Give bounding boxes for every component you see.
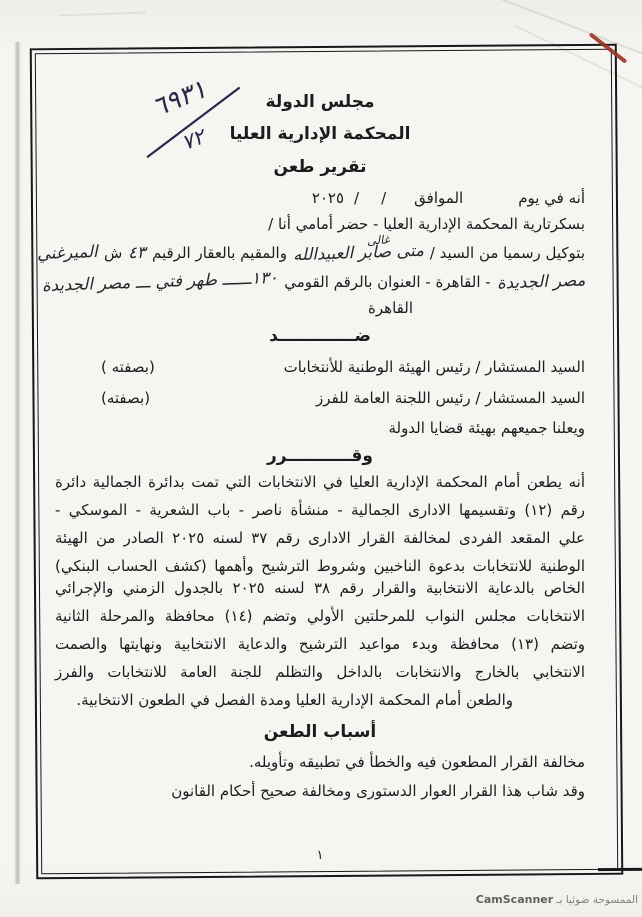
- decision-line: الوطنية للانتخابات بدعوة الناخبين وشروط …: [55, 556, 585, 576]
- resides-label: والمقيم بالعقار الرقيم: [152, 243, 287, 263]
- versus-heading: ضـــــــــــــد: [55, 326, 585, 346]
- scanner-watermark: الممسوحة ضوئيا بـ CamScanner: [476, 893, 638, 906]
- decision-line: وتضم (١٣) محافظة وبدء مواعيد الترشيح وال…: [55, 634, 585, 654]
- document-body: مجلس الدولة المحكمة الإدارية العليا تقري…: [55, 0, 585, 917]
- respondent-row: السيد المستشار / رئيس الهيئة الوطنية للأ…: [55, 357, 585, 377]
- date-line: أنه في يوم الموافق / / ٢٠٢٥: [55, 188, 585, 208]
- city-line: القاهرة: [368, 298, 413, 318]
- address-printed-label: - القاهرة - العنوان بالرقم القومي: [284, 272, 490, 292]
- reason-line: وقد شاب هذا القرار العوار الدستورى ومخال…: [55, 781, 585, 801]
- address-tail-handwritten: ١٣٠ــــــ طهر فتي ـــ مصر الجديدة: [42, 268, 278, 296]
- decision-line: الانتخابات مجلس النواب للمرحلتين الأولي …: [55, 606, 585, 626]
- service-line: ويعلنا جميعهم بهيئة قضايا الدولة: [55, 418, 585, 438]
- decision-line: الخاص بالدعاية الانتخابية والقرار رقم ٣٨…: [55, 578, 585, 598]
- page-number: ١: [55, 846, 585, 866]
- district-handwritten: مصر الجديدة: [496, 270, 585, 293]
- scanner-watermark-text: الممسوحة ضوئيا بـ: [557, 894, 638, 906]
- respondent-row: السيد المستشار / رئيس اللجنة العامة للفر…: [55, 388, 585, 408]
- decision-line: أنه يطعن أمام المحكمة الإدارية العليا في…: [55, 472, 585, 492]
- appellant-name-handwritten: متى صابر العبيدالله غالى: [293, 243, 424, 263]
- street-name-handwritten: الميرغني: [37, 242, 98, 264]
- decision-line: الانتخابي بالخارج والانتخابات بالداخل وا…: [55, 662, 585, 682]
- document-title: تقرير طعن: [55, 157, 585, 177]
- border-line-extension: [598, 868, 642, 871]
- date-slash: /: [381, 188, 386, 208]
- council-title: مجلس الدولة: [55, 92, 585, 112]
- scanned-appeal-document: ٦٩٣١ ٧٢ مجلس الدولة المحكمة الإدارية الع…: [0, 0, 642, 917]
- respondent-capacity: (بصفته): [101, 388, 150, 408]
- appellant-name-text: متى صابر العبيدالله: [293, 241, 425, 266]
- secretary-line: بسكرتارية المحكمة الإدارية العليا - حضر …: [55, 214, 585, 234]
- decision-line: علي المقعد الفردى لمخالفة القرار الادارى…: [55, 528, 585, 548]
- respondent-name: السيد المستشار / رئيس اللجنة العامة للفر…: [316, 388, 585, 408]
- poa-line: بتوكيل رسميا من السيد / متى صابر العبيدا…: [55, 243, 585, 263]
- scan-edge-shadow: [14, 42, 21, 884]
- decision-closing-line: والطعن أمام المحكمة الإدارية العليا ومدة…: [55, 690, 585, 710]
- court-title: المحكمة الإدارية العليا: [55, 124, 585, 144]
- reasons-heading: أسباب الطعن: [55, 722, 585, 742]
- date-slash: /: [354, 188, 359, 208]
- building-number-handwritten: ٤٣: [128, 243, 146, 264]
- respondent-name: السيد المستشار / رئيس الهيئة الوطنية للأ…: [284, 357, 585, 377]
- decision-heading: وقـــــــــــرر: [55, 446, 585, 466]
- address-line: مصر الجديدة - القاهرة - العنوان بالرقم ا…: [55, 272, 585, 292]
- reason-line: مخالفة القرار المطعون فيه والخطأ في تطبي…: [55, 752, 585, 772]
- appellant-name-note: غالى: [367, 229, 391, 251]
- date-year: ٢٠٢٥: [312, 188, 344, 208]
- date-day-label: أنه في يوم: [518, 188, 585, 208]
- date-corresponding-label: الموافق: [414, 188, 463, 208]
- street-label: ش: [104, 243, 122, 263]
- scanner-brand: CamScanner: [476, 893, 553, 906]
- poa-prefix: بتوكيل رسميا من السيد /: [430, 243, 585, 263]
- decision-line: رقم (١٢) وتقسيمها الادارى الجمالية - منش…: [55, 500, 585, 520]
- respondent-capacity: (بصفته ): [101, 357, 155, 377]
